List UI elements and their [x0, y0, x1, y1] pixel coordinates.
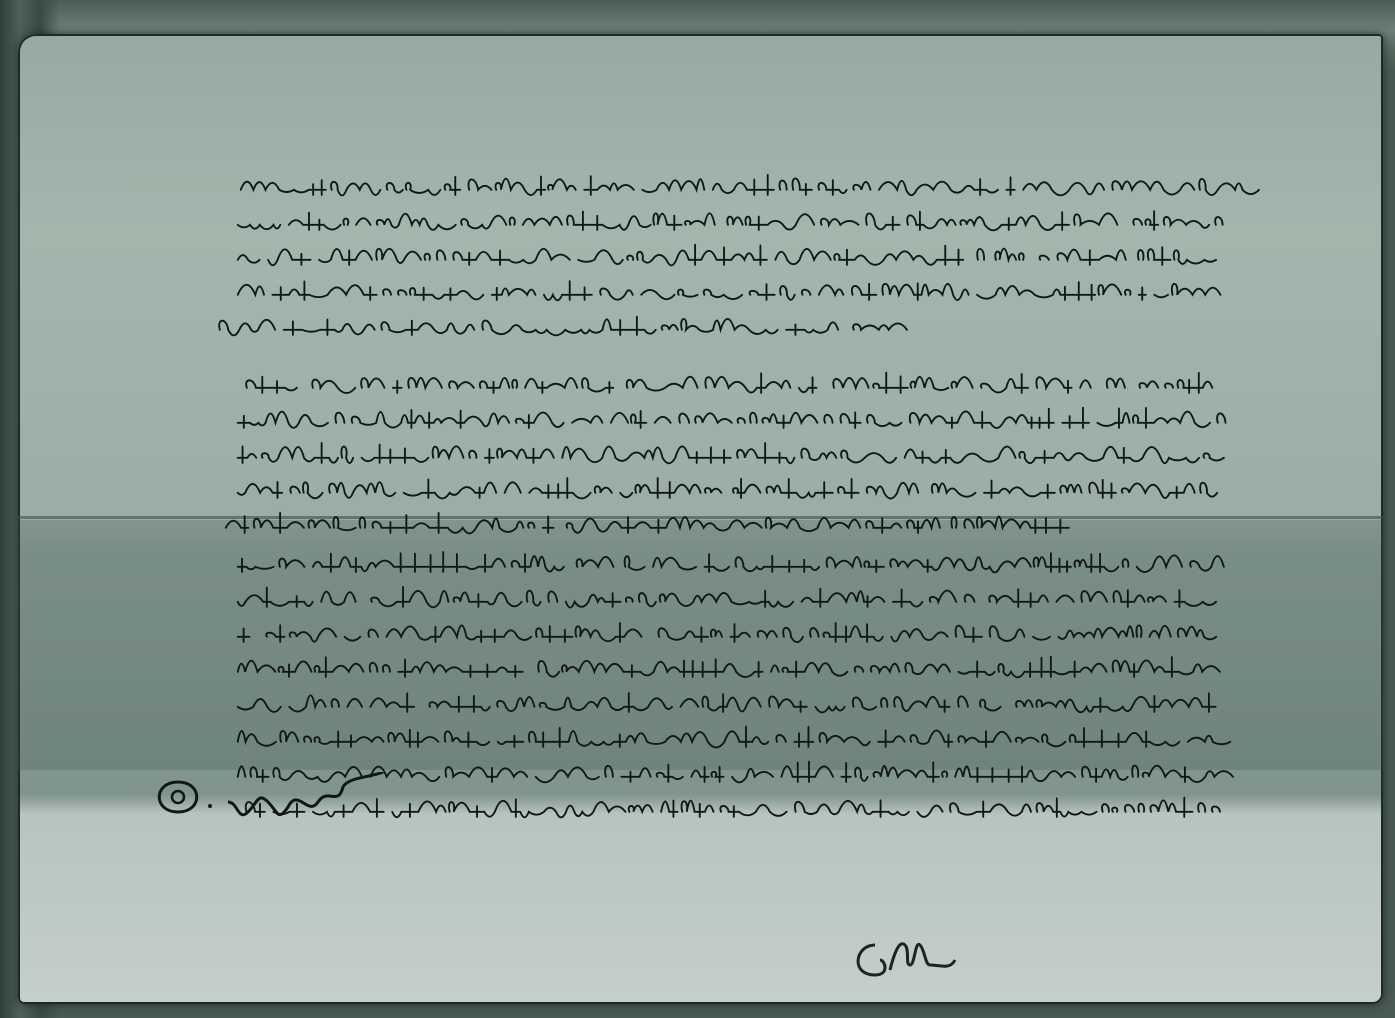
signature-line — [138, 772, 418, 836]
paragraph-2-line — [150, 399, 1320, 433]
paragraph-1-line — [150, 166, 1360, 200]
paragraph-2-line — [150, 469, 1320, 503]
paragraph-3-line — [150, 718, 1320, 752]
seal-mark — [845, 925, 965, 989]
paragraph-2-line — [150, 434, 1320, 468]
paragraph-2-line — [150, 504, 1160, 538]
paragraph-1-line — [150, 306, 970, 340]
paragraph-3-line — [150, 578, 1320, 612]
paragraph-1-line — [150, 236, 1320, 270]
paragraph-3-line — [150, 683, 1320, 717]
paragraph-1-line — [150, 271, 1320, 305]
paragraph-3-line — [150, 648, 1320, 682]
paragraph-1-line — [150, 201, 1320, 235]
paragraph-2-line — [150, 364, 1320, 398]
paragraph-3-line — [150, 613, 1320, 647]
paragraph-3-line — [150, 543, 1320, 577]
